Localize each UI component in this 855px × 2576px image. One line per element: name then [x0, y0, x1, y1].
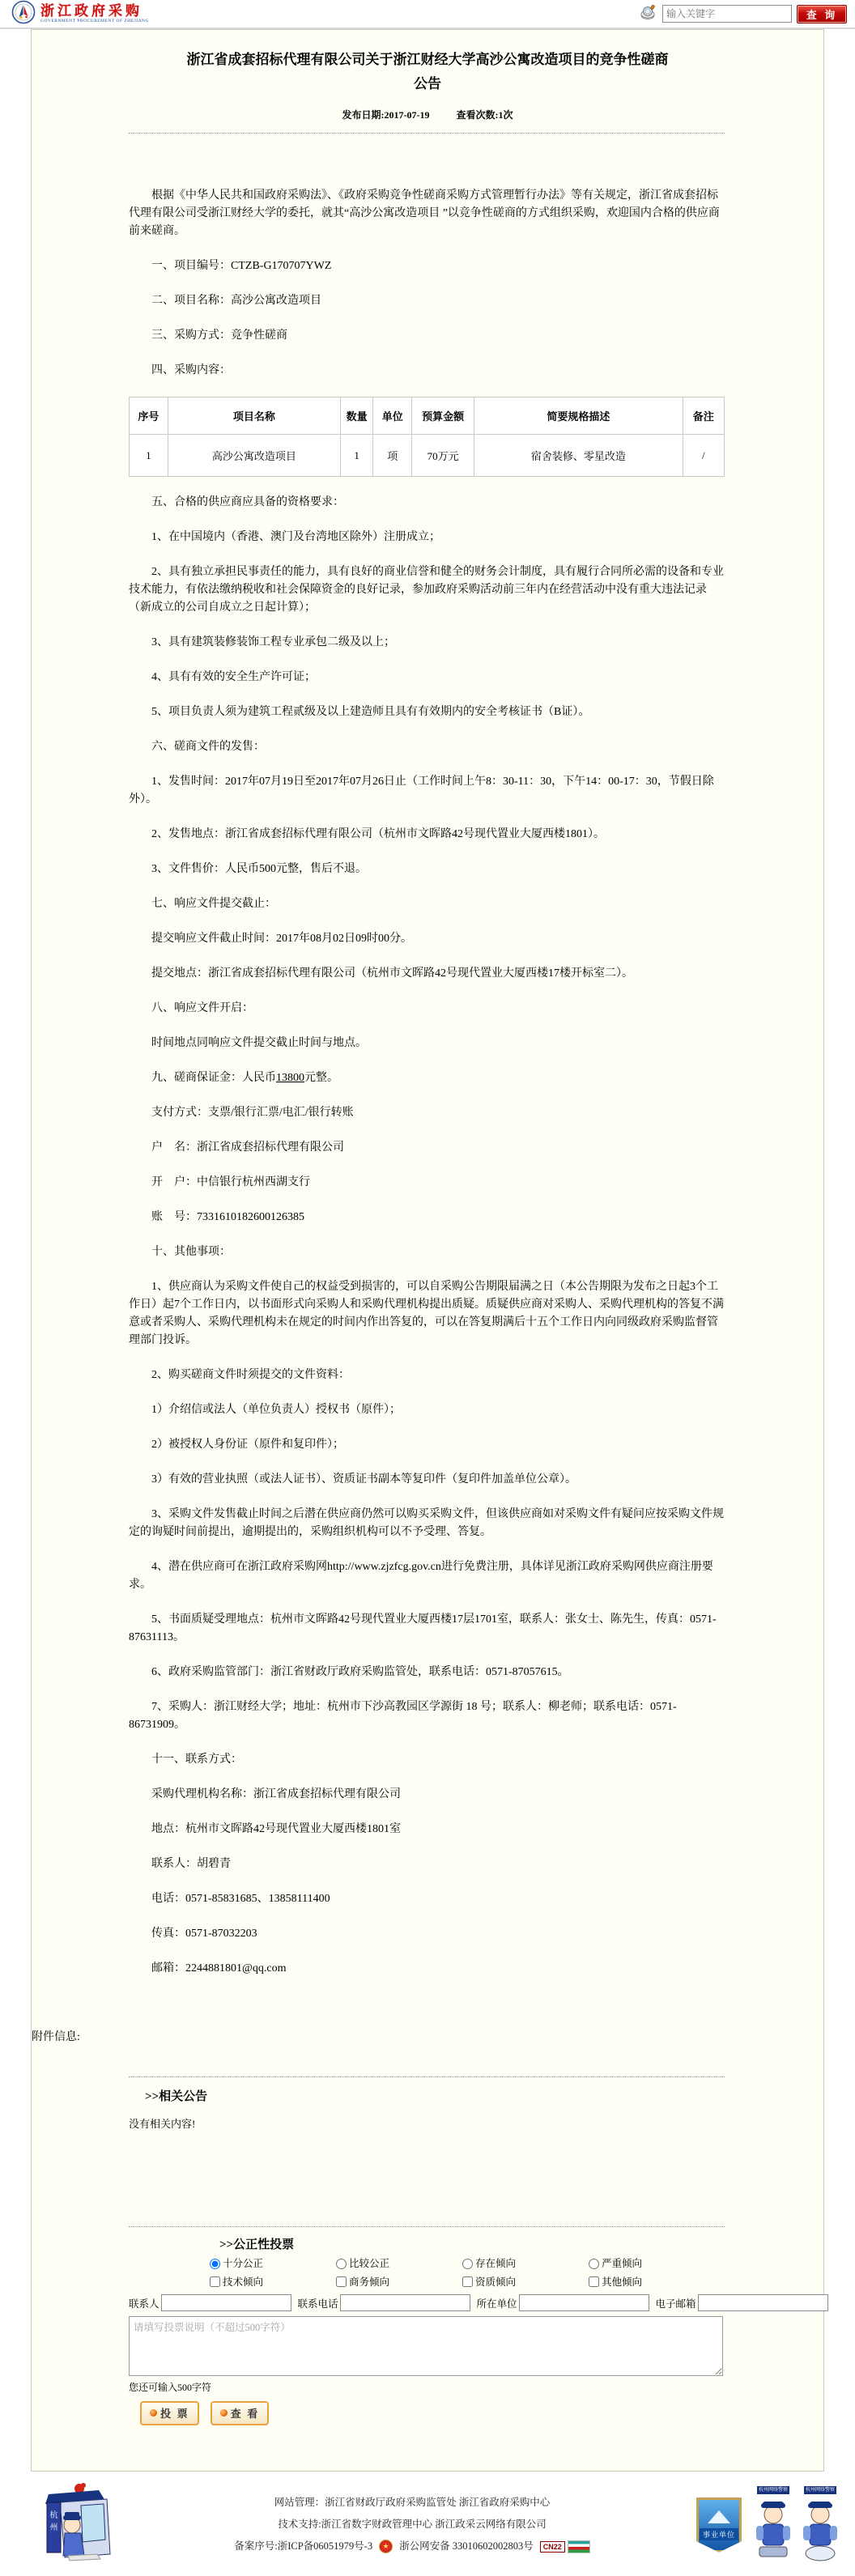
institution-badge[interactable]: 事业单位: [696, 2497, 742, 2553]
vote-option-label: 十分公正: [223, 2258, 263, 2269]
vote-field-label: 联系人: [129, 2296, 160, 2310]
footer-support: 技术支持:浙江省数字财政管理中心 浙江政采云网络有限公司: [139, 2514, 685, 2536]
items-table-header-cell: 序号: [130, 397, 168, 435]
article-paragraph: 1、在中国境内（香港、澳门及台湾地区除外）注册成立；: [129, 529, 725, 546]
cyberpolice-badge-right[interactable]: 杭州网络警察: [800, 2486, 840, 2563]
fairness-vote-section: >>公正性投票 十分公正比较公正存在倾向严重倾向 技术倾向商务倾向资质倾向其他倾…: [129, 2235, 725, 2471]
cyberpolice-label: 杭州网络警察: [757, 2486, 789, 2494]
search-area: 查 询: [640, 4, 847, 24]
items-table-cell: 70万元: [412, 435, 474, 477]
items-table-cell: 项: [373, 435, 412, 477]
article-paragraph: 五、合格的供应商应具备的资格要求：: [129, 494, 725, 512]
institution-badge-label: 事业单位: [700, 2528, 738, 2540]
vote-checkbox-row: 技术倾向商务倾向资质倾向其他倾向: [210, 2274, 725, 2289]
publish-date: 发布日期:2017-07-19: [342, 109, 430, 121]
items-table-cell: 1: [130, 435, 168, 477]
vote-field: 联系人: [129, 2294, 298, 2311]
article-body-pre: 根据《中华人民共和国政府采购法》、《政府采购竞争性磋商采购方式管理暂行办法》等有…: [129, 187, 725, 380]
article-paragraph: 1、供应商认为采购文件使自己的权益受到损害的，可以自采购公告期限届满之日（本公告…: [129, 1278, 725, 1350]
related-announcements-section: >>相关公告 没有相关内容!: [129, 2087, 725, 2131]
items-table: 序号项目名称数量单位预算金额简要规格描述备注 1高沙公寓改造项目1项70万元宿舍…: [129, 397, 725, 477]
vote-checkbox-input[interactable]: [462, 2276, 473, 2287]
spacer: [32, 2131, 823, 2226]
article-paragraph: 7、采购人：浙江财经大学；地址：杭州市下沙高教园区学源街 18 号；联系人：柳老…: [129, 1698, 725, 1734]
article-paragraph: 一、项目编号：CTZB-G170707YWZ: [129, 257, 725, 275]
vote-checkbox-input[interactable]: [336, 2276, 347, 2287]
vote-option-label: 比较公正: [349, 2258, 389, 2269]
related-empty-text: 没有相关内容!: [129, 2115, 725, 2131]
cyberpolice-badges: 杭州网络警察 杭州网络警察: [753, 2486, 840, 2563]
view-count: 查看次数:1次: [457, 109, 513, 121]
vote-field: 联系电话: [298, 2294, 477, 2311]
footer-text: 网站管理：浙江省财政厅政府采购监管处 浙江省政府采购中心 技术支持:浙江省数字财…: [139, 2492, 685, 2557]
article-paragraph: 十、其他事项：: [129, 1243, 725, 1261]
vote-option-label: 商务倾向: [349, 2276, 389, 2288]
article-paragraph: 开 户：中信银行杭州西湖支行: [129, 1174, 725, 1192]
article-paragraph: 5、书面质疑受理地点：杭州市文晖路42号现代置业大厦西楼17层1701室，联系人…: [129, 1611, 725, 1647]
items-table-cell: 1: [340, 435, 372, 477]
vote-radio-row: 十分公正比较公正存在倾向严重倾向: [210, 2255, 725, 2271]
article-meta: 发布日期:2017-07-19 查看次数:1次: [32, 108, 823, 121]
article-paragraph: 2）被授权人身份证（原件和复印件）；: [129, 1436, 725, 1454]
divider-vote: [129, 2226, 725, 2227]
article-paragraph: 4、潜在供应商可在浙江政府采购网http://www.zjzfcg.gov.cn…: [129, 1558, 725, 1594]
page: 浙江政府采购 GOVERNMENT PROCUREMENT OF ZHEJIAN…: [0, 0, 855, 2576]
vote-field-input[interactable]: [161, 2294, 291, 2311]
cn22-label: CN22: [540, 2541, 565, 2553]
cyberpolice-badge-left[interactable]: 杭州网络警察: [753, 2486, 793, 2563]
vote-radio-input[interactable]: [210, 2259, 220, 2269]
site-header: 浙江政府采购 GOVERNMENT PROCUREMENT OF ZHEJIAN…: [0, 0, 855, 29]
cyberpolice-officer-image: [755, 2495, 792, 2563]
items-table-body: 1高沙公寓改造项目1项70万元宿舍装修、零星改造/: [130, 435, 725, 477]
vote-checkbox-option[interactable]: 其他倾向: [589, 2274, 715, 2289]
divider-top: [129, 133, 725, 134]
article-paragraph: 传真：0571-87032203: [129, 1925, 725, 1943]
vote-field: 电子邮箱: [656, 2294, 828, 2311]
article-paragraph: 九、磋商保证金：人民币13800元整。: [129, 1069, 725, 1087]
search-button[interactable]: 查 询: [797, 5, 847, 23]
vote-field: 所在单位: [477, 2294, 656, 2311]
article-paragraph: 户 名：浙江省成套招标代理有限公司: [129, 1139, 725, 1157]
vote-button[interactable]: 查 看: [211, 2401, 270, 2425]
article-paragraph: 支付方式：支票/银行汇票/电汇/银行转账: [129, 1104, 725, 1122]
vote-option-label: 严重倾向: [602, 2258, 642, 2269]
vote-buttons: 投 票查 看: [140, 2401, 725, 2425]
vote-button-label: 查 看: [231, 2405, 260, 2421]
vote-checkbox-input[interactable]: [210, 2276, 220, 2287]
article-paragraph: 3、具有建筑装修装饰工程专业承包二级及以上；: [129, 634, 725, 652]
article-paragraph: 二、项目名称：高沙公寓改造项目: [129, 292, 725, 310]
content-box: 浙江省成套招标代理有限公司关于浙江财经大学高沙公寓改造项目的竞争性磋商公告 发布…: [31, 29, 824, 2472]
items-table-header-cell: 项目名称: [168, 397, 340, 435]
items-table-cell: /: [683, 435, 724, 477]
article-paragraph: 三、采购方式：竞争性磋商: [129, 327, 725, 345]
logo-subtitle: GOVERNMENT PROCUREMENT OF ZHEJIANG: [40, 19, 149, 24]
article-paragraph: 六、磋商文件的发售：: [129, 738, 725, 756]
items-table-header-cell: 数量: [340, 397, 372, 435]
article-paragraph: 邮箱：2244881801@qq.com: [129, 1960, 725, 1978]
vote-field-input[interactable]: [698, 2294, 828, 2311]
attachments-label: 附件信息:: [32, 2028, 823, 2044]
vote-checkbox-input[interactable]: [589, 2276, 599, 2287]
article-paragraph: 四、采购内容：: [129, 362, 725, 380]
article-paragraph: 2、发售地点：浙江省成套招标代理有限公司（杭州市文晖路42号现代置业大厦西楼18…: [129, 826, 725, 844]
vote-option-label: 技术倾向: [223, 2276, 263, 2288]
items-table-header-cell: 单位: [373, 397, 412, 435]
vote-radio-option[interactable]: 严重倾向: [589, 2255, 715, 2271]
items-table-wrap: 序号项目名称数量单位预算金额简要规格描述备注 1高沙公寓改造项目1项70万元宿舍…: [129, 397, 725, 477]
site-logo[interactable]: 浙江政府采购 GOVERNMENT PROCUREMENT OF ZHEJIAN…: [11, 0, 149, 28]
items-table-header-cell: 简要规格描述: [474, 397, 683, 435]
article-body-post: 五、合格的供应商应具备的资格要求：1、在中国境内（香港、澳门及台湾地区除外）注册…: [129, 494, 725, 1978]
search-input[interactable]: [662, 5, 792, 23]
article-paragraph: 联系人：胡碧青: [129, 1855, 725, 1873]
button-bullet-icon: [220, 2409, 228, 2417]
cyberpolice-officer-image: [802, 2495, 839, 2563]
table-row: 1高沙公寓改造项目1项70万元宿舍装修、零星改造/: [130, 435, 725, 477]
items-table-head-row: 序号项目名称数量单位预算金额简要规格描述备注: [130, 397, 725, 435]
items-table-header-cell: 预算金额: [412, 397, 474, 435]
vote-field-input[interactable]: [519, 2294, 649, 2311]
items-table-header-cell: 备注: [683, 397, 724, 435]
article-paragraph: 6、政府采购监管部门：浙江省财政厅政府采购监管处，联系电话：0571-87057…: [129, 1664, 725, 1681]
svg-text:杭: 杭: [50, 2510, 58, 2520]
footer-beian[interactable]: 浙公网安备 33010602002803号: [399, 2536, 534, 2557]
button-bullet-icon: [150, 2409, 157, 2417]
vote-radio-option[interactable]: 比较公正: [336, 2255, 462, 2271]
article-paragraph: 根据《中华人民共和国政府采购法》、《政府采购竞争性磋商采购方式管理暂行办法》等有…: [129, 187, 725, 240]
announcement-title: 浙江省成套招标代理有限公司关于浙江财经大学高沙公寓改造项目的竞争性磋商公告: [121, 48, 734, 96]
vote-fields-row: 联系人联系电话所在单位电子邮箱: [129, 2294, 723, 2311]
footer-management: 网站管理：浙江省财政厅政府采购监管处 浙江省政府采购中心: [139, 2492, 685, 2514]
police-kiosk-image: 杭 州: [32, 2481, 128, 2568]
cn22-certificate-badge[interactable]: CN22: [540, 2540, 590, 2553]
vote-field-input[interactable]: [340, 2294, 470, 2311]
vote-heading: >>公正性投票: [219, 2235, 725, 2252]
vote-checkbox-option[interactable]: 资质倾向: [462, 2274, 589, 2289]
footer-icp[interactable]: 备案序号:浙ICP备06051979号-3: [234, 2536, 372, 2557]
article-paragraph: 5、项目负责人须为建筑工程贰级及以上建造师且具有有效期内的安全考核证书（B证）。: [129, 704, 725, 721]
vote-field-label: 电子邮箱: [656, 2296, 696, 2310]
article-paragraph: 3）有效的营业执照（或法人证书）、资质证书副本等复印件（复印件加盖单位公章）。: [129, 1471, 725, 1489]
badge-mountain-icon: [708, 2510, 730, 2523]
article-paragraph: 地点：杭州市文晖路42号现代置业大厦西楼1801室: [129, 1821, 725, 1838]
vote-radio-input[interactable]: [462, 2259, 473, 2269]
logo-emblem-icon: [11, 0, 36, 28]
article-paragraph: 时间地点同响应文件提交截止时间与地点。: [129, 1035, 725, 1052]
related-announcements-heading: >>相关公告: [145, 2087, 725, 2104]
vote-radio-option[interactable]: 存在倾向: [462, 2255, 589, 2271]
cn22-stripes-icon: [568, 2540, 590, 2553]
article-paragraph: 3、采购文件发售截止时间之后潜在供应商仍然可以购买采购文件，但该供应商如对采购文…: [129, 1506, 725, 1541]
article-paragraph: 八、响应文件开启：: [129, 1000, 725, 1018]
vote-remaining-text: 您还可输入500字符: [129, 2380, 725, 2394]
article-paragraph: 2、购买磋商文件时须提交的文件资料：: [129, 1367, 725, 1384]
items-table-cell: 宿舍装修、零星改造: [474, 435, 683, 477]
article-paragraph: 2、具有独立承担民事责任的能力，具有良好的商业信誉和健全的财务会计制度，具有履行…: [129, 563, 725, 617]
article-paragraph: 账 号：7331610182600126385: [129, 1209, 725, 1226]
divider-related: [129, 2077, 725, 2077]
footer-record-line: 备案序号:浙ICP备06051979号-3 ★ 浙公网安备 3301060200…: [234, 2536, 590, 2557]
vote-button-label: 投 票: [160, 2405, 189, 2421]
article-paragraph: 3、文件售价：人民币500元整，售后不退。: [129, 861, 725, 878]
article-paragraph: 十一、联系方式：: [129, 1751, 725, 1769]
vote-field-label: 联系电话: [298, 2296, 338, 2310]
public-security-emblem-icon: ★: [379, 2540, 393, 2553]
svg-text:州: 州: [50, 2523, 58, 2532]
site-footer: 杭 州 网站管理：浙江省财政厅政府采购监管处 浙江省政府采购中心 技术支持:浙江…: [0, 2472, 855, 2576]
vote-checkbox-option[interactable]: 商务倾向: [336, 2274, 462, 2289]
article-paragraph: 1）介绍信或法人（单位负责人）授权书（原件）；: [129, 1401, 725, 1419]
article-paragraph: 1、发售时间：2017年07月19日至2017年07月26日止（工作时间上午8：…: [129, 773, 725, 809]
cyberpolice-label: 杭州网络警察: [804, 2486, 836, 2494]
article-paragraph: 提交地点：浙江省成套招标代理有限公司（杭州市文晖路42号现代置业大厦西楼17楼开…: [129, 965, 725, 983]
article-paragraph: 七、响应文件提交截止：: [129, 895, 725, 913]
vote-option-label: 存在倾向: [475, 2258, 516, 2269]
vote-option-label: 资质倾向: [475, 2276, 516, 2288]
items-table-cell: 高沙公寓改造项目: [168, 435, 340, 477]
vote-button[interactable]: 投 票: [140, 2401, 199, 2425]
vote-checkbox-option[interactable]: 技术倾向: [210, 2274, 336, 2289]
article-paragraph: 4、具有有效的安全生产许可证；: [129, 669, 725, 687]
vote-radio-input[interactable]: [589, 2259, 599, 2269]
vote-radio-input[interactable]: [336, 2259, 347, 2269]
search-icon: [640, 4, 657, 24]
article-paragraph: 采购代理机构名称：浙江省成套招标代理有限公司: [129, 1786, 725, 1804]
vote-comment-textarea[interactable]: [129, 2316, 723, 2376]
vote-option-label: 其他倾向: [602, 2276, 642, 2288]
article-paragraph: 提交响应文件截止时间：2017年08月02日09时00分。: [129, 930, 725, 948]
vote-field-label: 所在单位: [477, 2296, 517, 2310]
logo-title: 浙江政府采购: [40, 4, 149, 18]
vote-radio-option[interactable]: 十分公正: [210, 2255, 336, 2271]
article-paragraph: 电话：0571-85831685、13858111400: [129, 1890, 725, 1908]
